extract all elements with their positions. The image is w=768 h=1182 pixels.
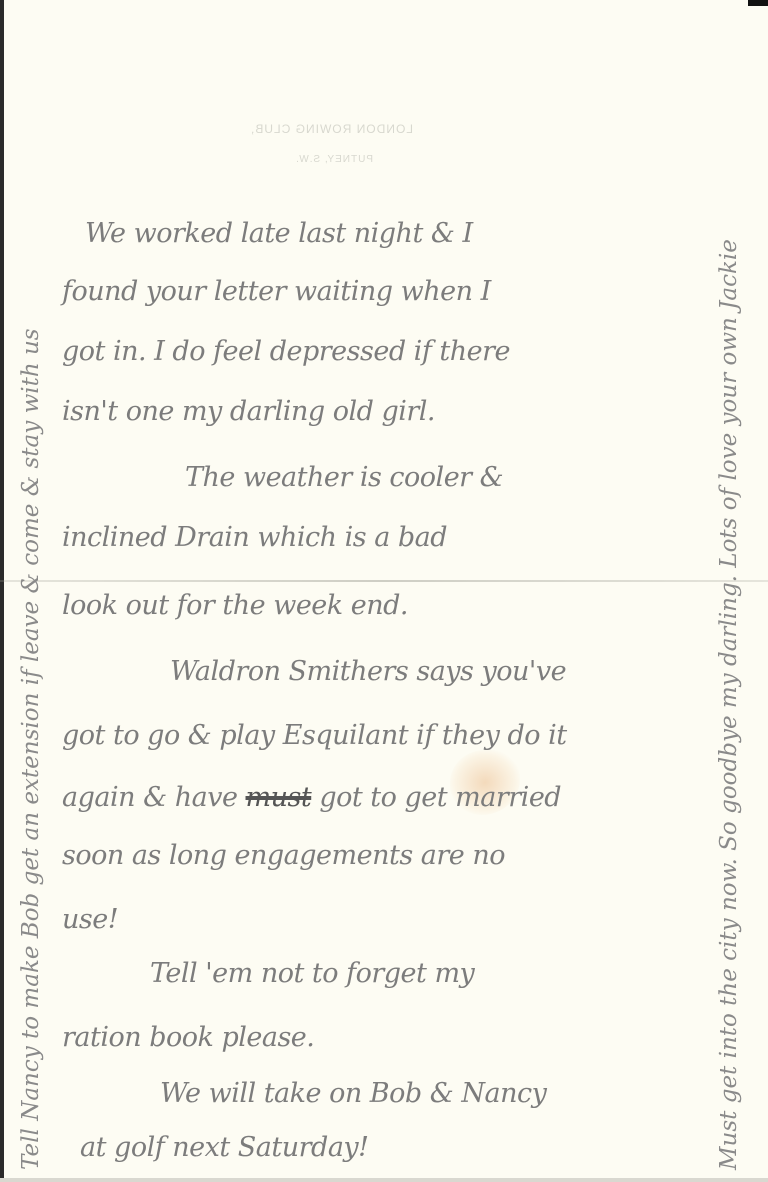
letterhead-show-through: LONDON ROWING CLUB, PUTNEY, S.W. — [250, 122, 413, 165]
letterhead-line-1: LONDON ROWING CLUB, — [250, 122, 413, 136]
letter-line: inclined Drain which is a bad — [62, 522, 447, 553]
letter-line: ration book please. — [62, 1022, 314, 1053]
scan-edge-corner — [748, 0, 768, 6]
right-margin-note: Must get into the city now. So goodbye m… — [716, 239, 742, 1170]
letterhead-line-2: PUTNEY, S.W. — [250, 154, 373, 165]
letter-line: got in. I do feel depressed if there — [62, 336, 510, 367]
letter-line: We will take on Bob & Nancy — [160, 1078, 546, 1109]
letter-page: LONDON ROWING CLUB, PUTNEY, S.W. We work… — [0, 0, 768, 1182]
letter-line: Tell 'em not to forget my — [150, 958, 474, 989]
letter-line: again & have must got to get married — [62, 782, 561, 813]
letter-line: use! — [62, 904, 118, 935]
letter-line: got to go & play Esquilant if they do it — [62, 720, 567, 751]
letter-text: got to get married — [319, 782, 561, 813]
letter-line: soon as long engagements are no — [62, 840, 505, 871]
paper-fold-line — [0, 580, 768, 582]
struck-out-word: must — [246, 782, 312, 813]
letter-line: We worked late last night & I — [85, 218, 473, 249]
letter-line: found your letter waiting when I — [62, 276, 491, 307]
letter-line: at golf next Saturday! — [80, 1132, 369, 1163]
letter-line: look out for the week end. — [62, 590, 408, 621]
left-margin-note: Tell Nancy to make Bob get an extension … — [18, 328, 44, 1170]
letter-text: again & have — [62, 782, 237, 813]
scan-edge-left — [0, 0, 4, 1182]
letter-line: Waldron Smithers says you've — [170, 656, 566, 687]
scan-edge-bottom — [0, 1178, 768, 1182]
letter-line: The weather is cooler & — [185, 462, 503, 493]
letter-line: isn't one my darling old girl. — [62, 396, 435, 427]
